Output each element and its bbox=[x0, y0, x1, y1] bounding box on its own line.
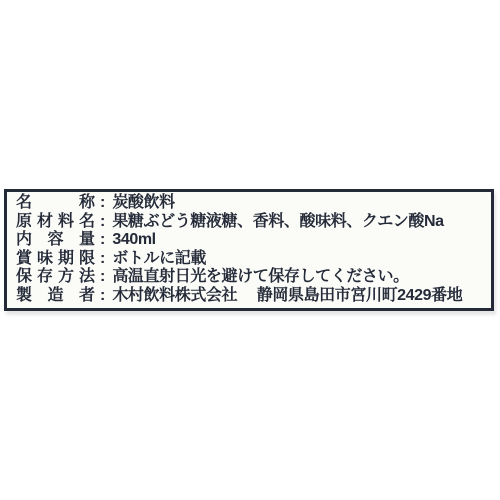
row-label-best-before: 賞味期限 bbox=[16, 250, 95, 269]
row-separator: : bbox=[100, 287, 105, 306]
label-row-storage: 保存方法 : 高温直射日光を避けて保存してください。 bbox=[16, 268, 487, 287]
label-row-best-before: 賞味期限 : ボトルに記載 bbox=[16, 250, 487, 269]
row-value-manufacturer: 木村飲料株式会社 静岡県島田市宮川町2429番地 bbox=[112, 287, 462, 306]
row-value-ingredients: 果糖ぶどう糖液糖、香料、酸味料、クエン酸Na bbox=[112, 213, 443, 232]
row-label-manufacturer: 製造者 bbox=[16, 287, 95, 306]
label-row-manufacturer: 製造者 : 木村飲料株式会社 静岡県島田市宮川町2429番地 bbox=[16, 287, 487, 306]
row-value-name: 炭酸飲料 bbox=[112, 194, 174, 213]
label-row-volume: 内容量 : 340ml bbox=[16, 231, 487, 250]
row-value-volume: 340ml bbox=[112, 231, 155, 250]
row-separator: : bbox=[100, 194, 105, 213]
row-value-storage: 高温直射日光を避けて保存してください。 bbox=[112, 268, 408, 287]
product-label-photo: 名称 : 炭酸飲料 原材料名 : 果糖ぶどう糖液糖、香料、酸味料、クエン酸Na … bbox=[0, 0, 500, 500]
label-row-name: 名称 : 炭酸飲料 bbox=[16, 194, 487, 213]
product-information-panel: 名称 : 炭酸飲料 原材料名 : 果糖ぶどう糖液糖、香料、酸味料、クエン酸Na … bbox=[4, 189, 494, 311]
row-separator: : bbox=[100, 213, 105, 232]
row-separator: : bbox=[100, 268, 105, 287]
row-separator: : bbox=[100, 231, 105, 250]
row-label-volume: 内容量 bbox=[16, 231, 95, 250]
row-separator: : bbox=[100, 250, 105, 269]
row-label-ingredients: 原材料名 bbox=[16, 213, 95, 232]
label-row-ingredients: 原材料名 : 果糖ぶどう糖液糖、香料、酸味料、クエン酸Na bbox=[16, 213, 487, 232]
row-value-best-before: ボトルに記載 bbox=[112, 250, 206, 269]
row-label-storage: 保存方法 bbox=[16, 268, 95, 287]
row-label-name: 名称 bbox=[16, 194, 95, 213]
